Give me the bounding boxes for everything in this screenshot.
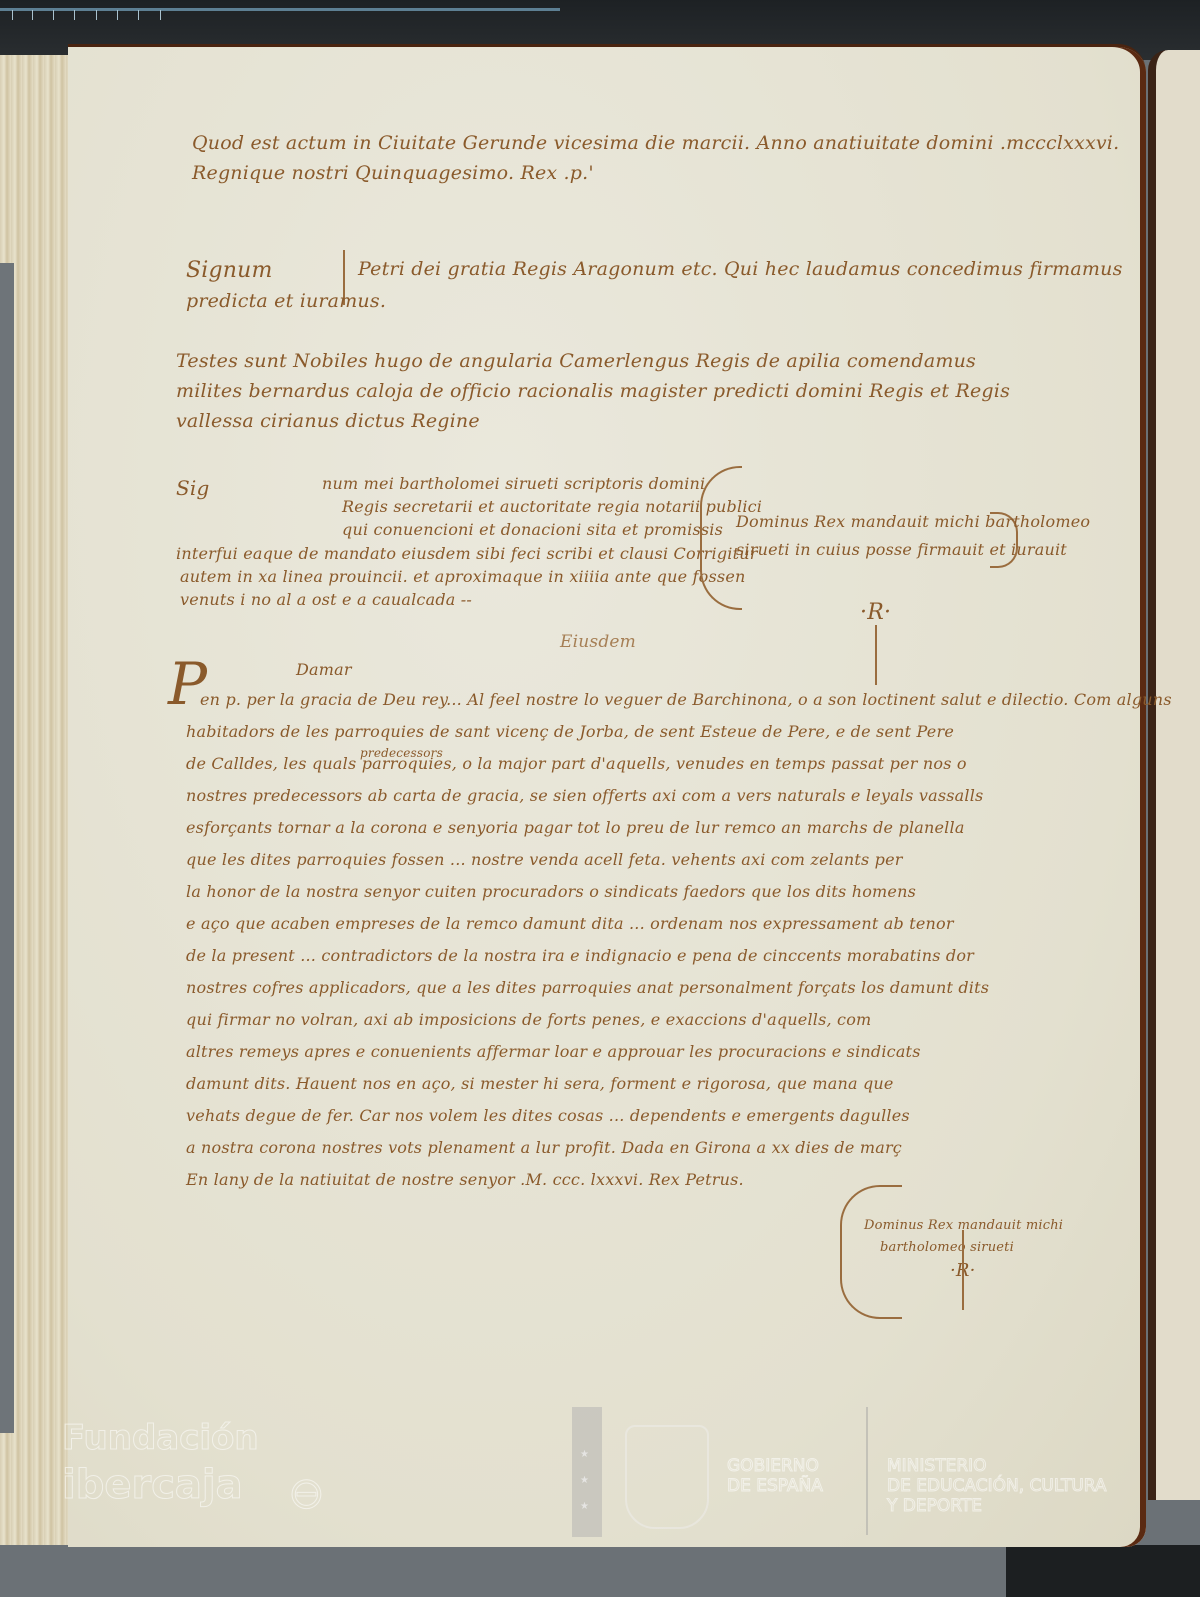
letter-line-5: esforçants tornar a la corona e senyoria… — [186, 818, 965, 837]
notary-line-3: qui conuencioni et donacioni sita et pro… — [342, 520, 723, 539]
signum-label: Signum — [186, 258, 273, 283]
margin-note-bracket — [700, 466, 742, 610]
coat-of-arms-icon — [625, 1425, 709, 1529]
watermark-ibercaja: ibercaja — [62, 1462, 243, 1508]
letter-line-3: de Calldes, les quals parroquies, o la m… — [186, 754, 967, 773]
letter-line-4: nostres predecessors ab carta de gracia,… — [186, 786, 983, 805]
letter-line-12: altres remeys apres e conuenients afferm… — [186, 1042, 921, 1061]
ruler-tick — [117, 10, 118, 20]
measuring-ruler — [0, 8, 560, 11]
section-heading: Eiusdem — [560, 632, 636, 652]
star-icon: ★ — [580, 1449, 589, 1460]
witnesses-line-3: vallessa cirianus dictus Regine — [176, 410, 480, 432]
letter-line-8: e aço que acaben empreses de la remco da… — [186, 914, 954, 933]
ruler-tick — [12, 10, 13, 20]
letter-line-6: que les dites parroquies fossen ... nost… — [186, 850, 903, 869]
watermark-ministerio: MINISTERIO — [887, 1456, 987, 1476]
closing-note-line-2: bartholomeo sirueti — [880, 1240, 1014, 1255]
ibercaja-logo-icon: ⊖ — [288, 1468, 325, 1519]
signum-king-line-2: predicta et iuramus. — [186, 290, 386, 312]
registrar-mark: ·R· — [860, 600, 891, 625]
watermark-gobierno: GOBIERNO — [727, 1456, 819, 1476]
notary-line-5: autem in xa linea prouincii. et aproxima… — [180, 567, 746, 586]
ruler-tick — [32, 10, 33, 20]
watermark-deporte: Y DEPORTE — [887, 1496, 982, 1516]
interlinear-note-1: Damar — [296, 660, 352, 679]
witnesses-line-2: milites bernardus caloja de officio raci… — [176, 380, 1010, 402]
registrar-mark-stroke — [875, 625, 877, 685]
closing-mark-stroke — [962, 1230, 964, 1310]
margin-note-line-1: Dominus Rex mandauit michi bartholomeo — [736, 512, 1090, 531]
dating-clause-line-2: Regnique nostri Quinquagesimo. Rex .p.' — [192, 162, 594, 184]
ruler-tick — [74, 10, 75, 20]
letter-line-15: a nostra corona nostres vots plenament a… — [186, 1138, 902, 1157]
watermark-educacion: DE EDUCACIÓN, CULTURA — [887, 1476, 1107, 1496]
ruler-tick — [160, 10, 161, 20]
ruler-tick — [138, 10, 139, 20]
watermark-divider — [866, 1407, 868, 1535]
star-icon: ★ — [580, 1501, 589, 1512]
spain-flag-stripe-icon: ★ ★ ★ — [572, 1407, 602, 1537]
letter-line-13: damunt dits. Hauent nos en aço, si meste… — [186, 1074, 894, 1093]
dating-clause-line-1: Quod est actum in Ciuitate Gerunde vices… — [192, 132, 1119, 154]
letter-line-9: de la present ... contradictors de la no… — [186, 946, 974, 965]
ruler-tick — [96, 10, 97, 20]
watermark-fundacion: Fundación — [62, 1418, 259, 1458]
scanner-background-corner — [1006, 1545, 1200, 1597]
notary-line-6: venuts i no al a ost e a caualcada -- — [180, 590, 472, 609]
facing-page-edge — [1148, 50, 1200, 1500]
notary-line-4: interfui eaque de mandato eiusdem sibi f… — [176, 544, 758, 563]
star-icon: ★ — [580, 1475, 589, 1486]
letter-line-14: vehats degue de fer. Car nos volem les d… — [186, 1106, 910, 1125]
sig-label: Sig — [176, 476, 210, 500]
witnesses-line-1: Testes sunt Nobiles hugo de angularia Ca… — [176, 350, 976, 372]
margin-note-line-2: sirueti in cuius posse firmauit et iurau… — [736, 540, 1067, 559]
letter-line-10: nostres cofres applicadors, que a les di… — [186, 978, 989, 997]
letter-line-2: habitadors de les parroquies de sant vic… — [186, 722, 954, 741]
letter-line-11: qui firmar no volran, axi ab imposicions… — [186, 1010, 871, 1029]
letter-line-1: en p. per la gracia de Deu rey... Al fee… — [200, 690, 1172, 709]
scanner-background-left — [0, 263, 14, 1433]
letter-line-16: En lany de la natiuitat de nostre senyor… — [186, 1170, 744, 1189]
notary-line-1: num mei bartholomei sirueti scriptoris d… — [322, 474, 705, 493]
ruler-tick — [53, 10, 54, 20]
letter-line-7: la honor de la nostra senyor cuiten proc… — [186, 882, 916, 901]
watermark-de-espana: DE ESPAÑA — [727, 1476, 823, 1496]
signum-king-line-1: Petri dei gratia Regis Aragonum etc. Qui… — [358, 258, 1123, 280]
